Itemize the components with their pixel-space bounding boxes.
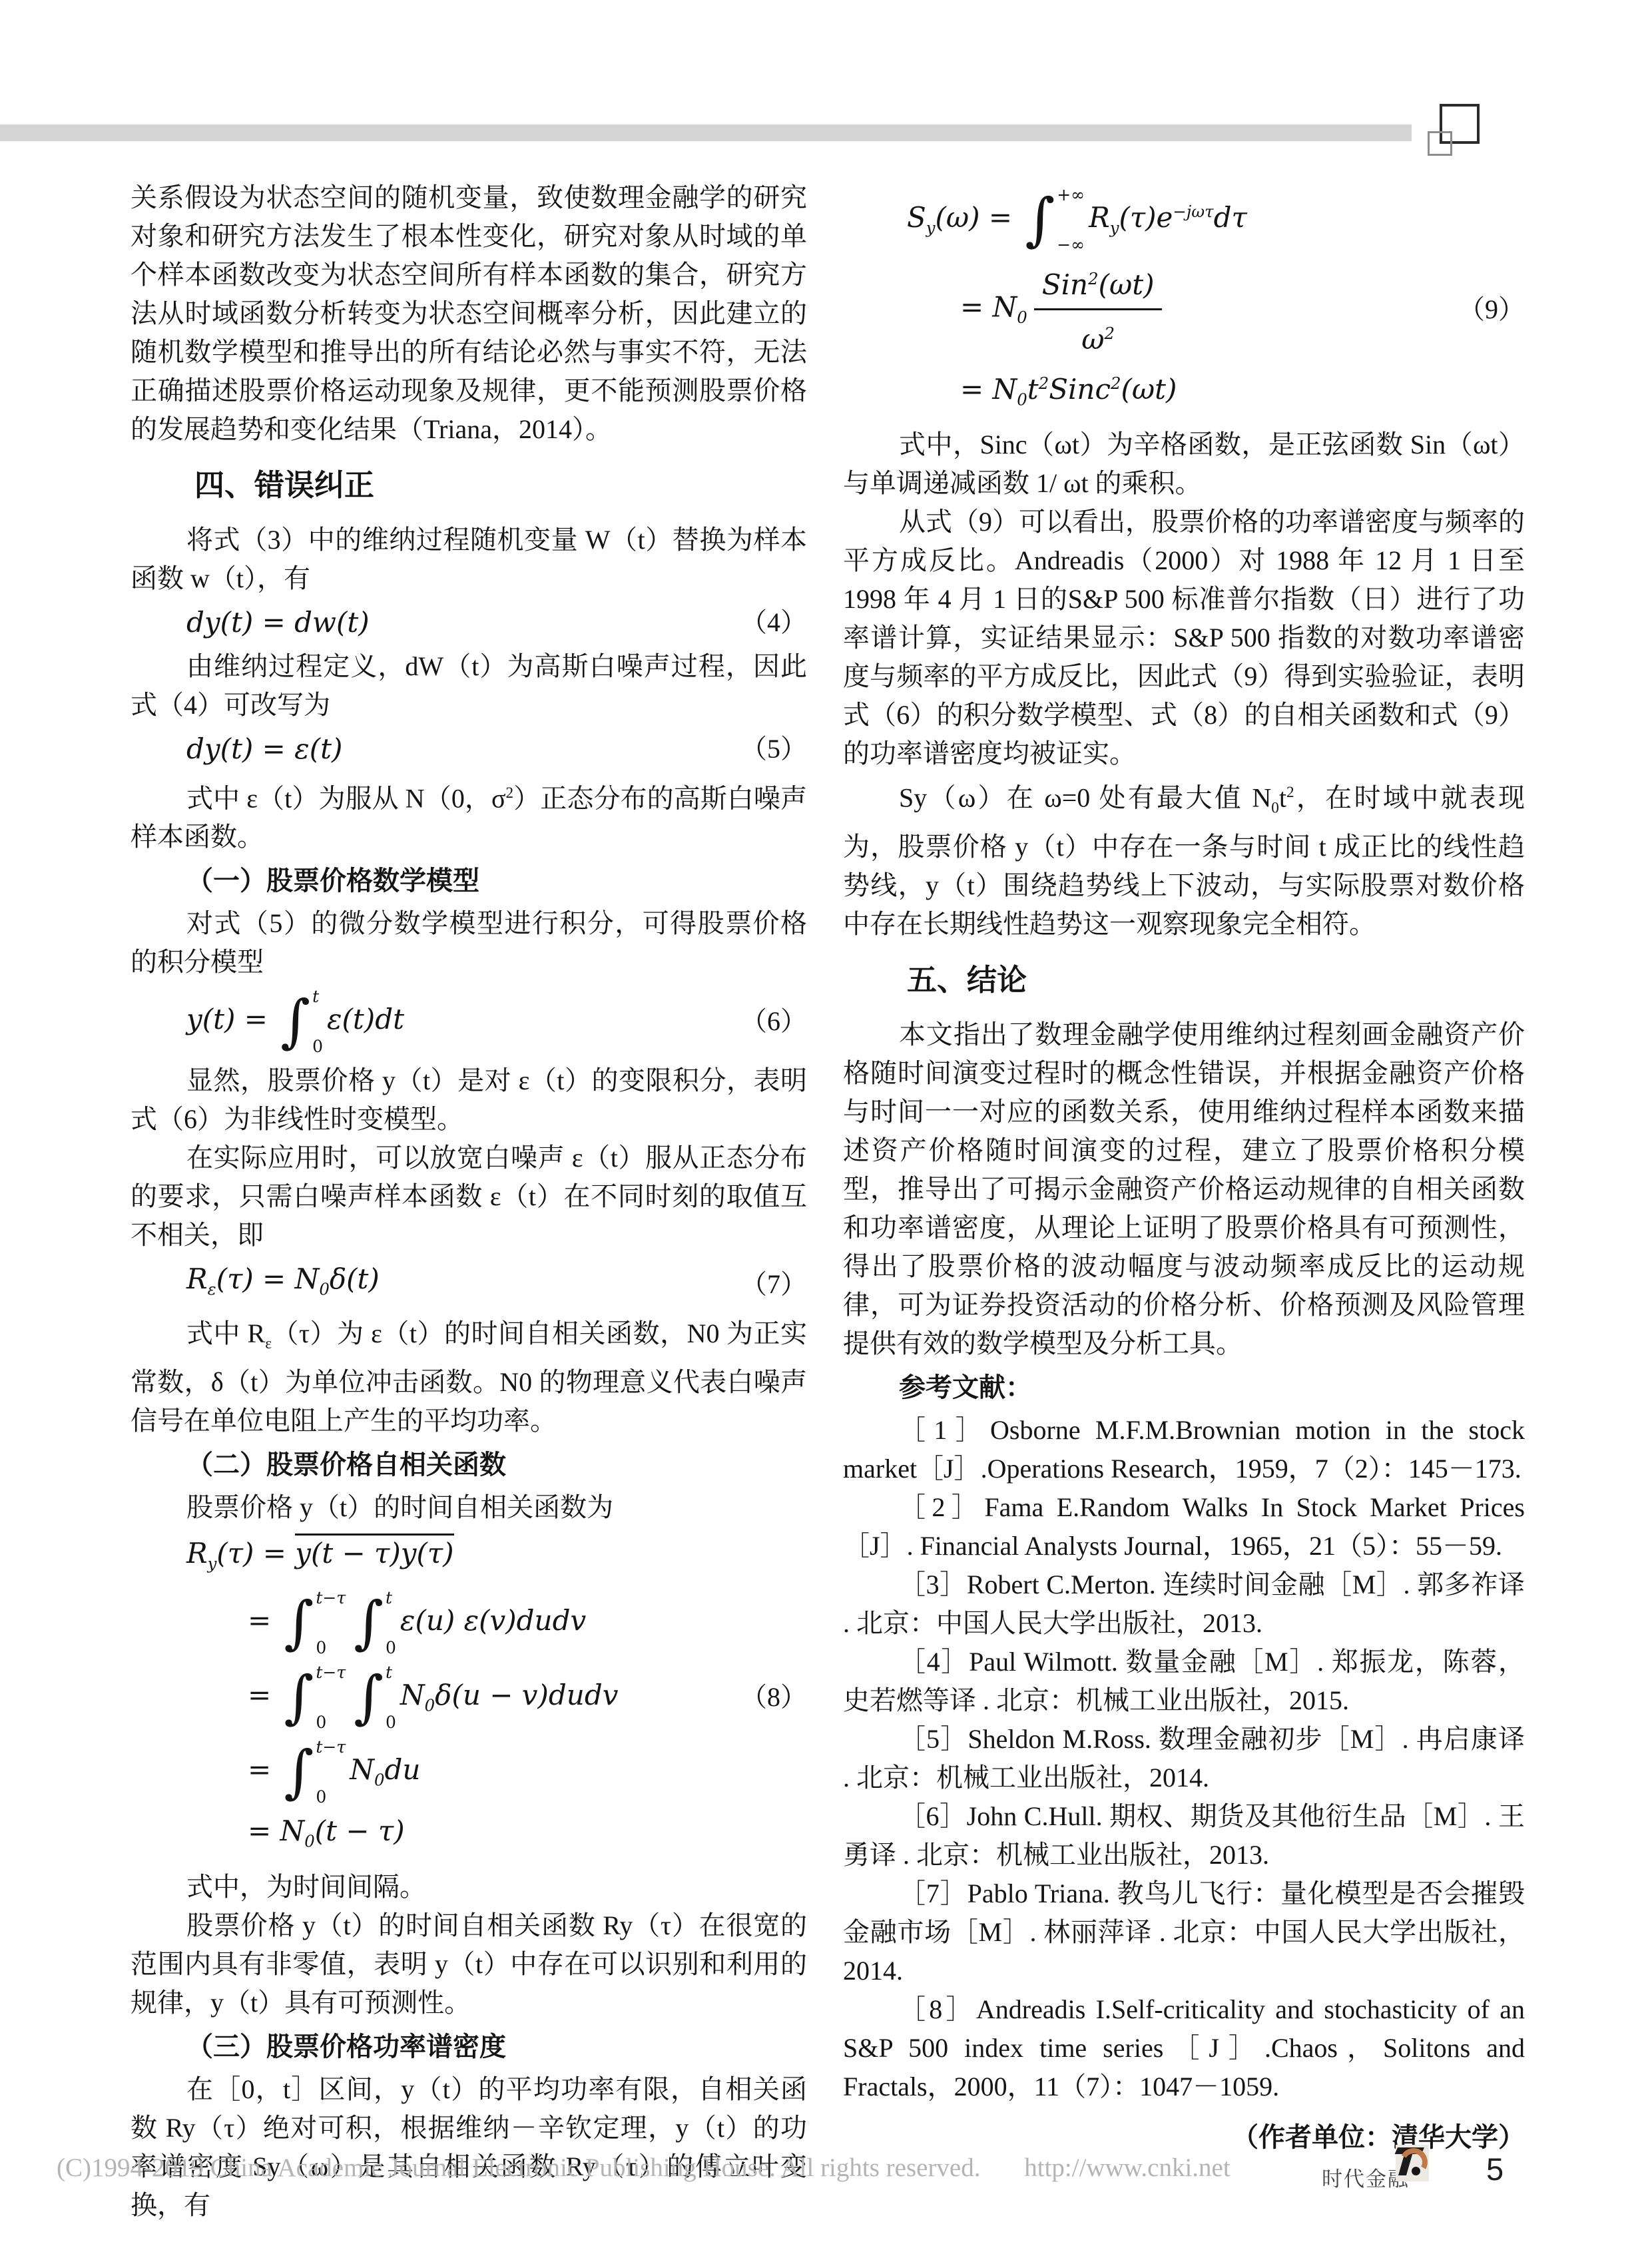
reference-item: ［1］Osborne M.F.M.Brownian motion in the …	[843, 1411, 1525, 1488]
equation-8-line3: = ∫t−τ0∫t0N0δ(u − v)dudv	[131, 1663, 618, 1732]
subsection-heading-psd: （三）股票价格功率谱密度	[131, 2028, 807, 2066]
reference-item: ［5］Sheldon M.Ross. 数理金融初步［M］. 冉启康译 . 北京：…	[843, 1720, 1525, 1797]
paragraph-auto: 股票价格 y（t）的时间自相关函数为	[131, 1488, 807, 1527]
paragraph-psd: 在［0，t］区间，y（t）的平均功率有限，自相关函数 Ry（τ）绝对可积，根据维…	[131, 2070, 807, 2225]
equation-7: Rε(τ) = N0δ(t) （7）	[131, 1260, 807, 1308]
footer-url: http://www.cnki.net	[1024, 2153, 1230, 2182]
paragraph-sinc: 式中，Sinc（ωt）为辛格函数，是正弦函数 Sin（ωt）与单调递减函数 1/…	[843, 425, 1525, 503]
equation-4: dy(t) = dw(t) （4）	[131, 603, 807, 642]
paragraph-sp500: 从式（9）可以看出，股票价格的功率谱密度与频率的平方成反比。Andreadis（…	[843, 503, 1525, 773]
equation-7-number: （7）	[740, 1265, 807, 1304]
paragraph-interval: 式中，为时间间隔。	[131, 1868, 807, 1906]
footer-copyright: (C)1994-2019 China Academic Journal Elec…	[57, 2153, 981, 2182]
equation-7-body: Rε(τ) = N0δ(t)	[131, 1260, 380, 1308]
equation-8-number: （8）	[740, 1678, 807, 1717]
reference-item: ［2］Fama E.Random Walks In Stock Market P…	[843, 1488, 1525, 1565]
equation-8-line4: = ∫t−τ0N0du	[131, 1737, 420, 1807]
section-heading-conclusion: 五、结论	[843, 961, 1525, 999]
overlapping-squares-icon-small	[1428, 131, 1452, 156]
page-number: 5	[1486, 2151, 1504, 2187]
equation-6-body: y(t) = ∫t0ε(t)dt	[131, 987, 404, 1056]
reference-item: ［8］Andreadis I.Self-criticality and stoc…	[843, 1990, 1525, 2106]
section-heading-correction: 四、错误纠正	[131, 466, 807, 505]
footer-copyright-line: (C)1994-2019 China Academic Journal Elec…	[57, 2153, 1231, 2183]
paragraph-epsilon: 式中 ε（t）为服从 N（0，σ2）正态分布的高斯白噪声样本函数。	[131, 774, 807, 856]
equation-9: Sy(ω) = ∫+∞−∞Ry(τ)e−jωτdτ = N0Sin2(ωt)ω2…	[843, 185, 1525, 419]
equation-4-body: dy(t) = dw(t)	[131, 603, 370, 642]
header-gray-bar	[0, 125, 1412, 141]
journal-logo-icon	[1396, 2145, 1429, 2181]
paragraph-obvious: 显然，股票价格 y（t）是对 ε（t）的变限积分，表明式（6）为非线性时变模型。	[131, 1061, 807, 1139]
paragraph-nonzero: 股票价格 y（t）的时间自相关函数 Ry（τ）在很宽的范围内具有非零值，表明 y…	[131, 1906, 807, 2022]
equation-9-line3: = N0t2Sinc2(ωt)	[843, 364, 1177, 419]
paragraph-replace: 将式（3）中的维纳过程随机变量 W（t）替换为样本函数 w（t），有	[131, 521, 807, 598]
reference-item: ［6］John C.Hull. 期权、期货及其他衍生品［M］. 王勇译 . 北京…	[843, 1797, 1525, 1874]
equation-5-body: dy(t) = ε(t)	[131, 730, 342, 768]
equation-8: Ry(τ) = y(t − τ)y(τ) = ∫t−τ0∫t0ε(u) ε(v)…	[131, 1534, 807, 1861]
subsection-heading-autocorrelation: （二）股票价格自相关函数	[131, 1446, 807, 1484]
paragraph-conclusion: 本文指出了数理金融学使用维纳过程刻画金融资产价格随时间演变过程时的概念性错误，并…	[843, 1015, 1525, 1363]
left-column: 关系假设为状态空间的随机变量，致使数理金融学的研究对象和研究方法发生了根本性变化…	[131, 178, 807, 2225]
equation-6-number: （6）	[740, 1002, 807, 1041]
right-column: Sy(ω) = ∫+∞−∞Ry(τ)e−jωτdτ = N0Sin2(ωt)ω2…	[843, 178, 1525, 2157]
subsection-heading-math-model: （一）股票价格数学模型	[131, 862, 807, 900]
reference-item: ［4］Paul Wilmott. 数量金融［M］. 郑振龙，陈蓉，史若燃等译 .…	[843, 1643, 1525, 1720]
equation-9-line1: Sy(ω) = ∫+∞−∞Ry(τ)e−jωτdτ	[843, 185, 1247, 254]
paragraph-practice: 在实际应用时，可以放宽白噪声 ε（t）服从正态分布的要求，只需白噪声样本函数 ε…	[131, 1139, 807, 1255]
equation-6: y(t) = ∫t0ε(t)dt （6）	[131, 987, 807, 1056]
subsection-heading-references: 参考文献：	[843, 1368, 1525, 1407]
paragraph-integrate: 对式（5）的微分数学模型进行积分，可得股票价格的积分模型	[131, 904, 807, 981]
reference-item: ［7］Pablo Triana. 教鸟儿飞行：量化模型是否会摧毁金融市场［M］.…	[843, 1874, 1525, 1990]
equation-9-line2: = N0Sin2(ωt)ω2	[843, 260, 1169, 359]
paragraph-autocorr-def: 式中 Rε（τ）为 ε（t）的时间自相关函数，N0 为正实常数，δ（t）为单位冲…	[131, 1314, 807, 1440]
reference-item: ［3］Robert C.Merton. 连续时间金融［M］. 郭多祚译 . 北京…	[843, 1565, 1525, 1643]
equation-4-number: （4）	[740, 603, 807, 642]
equation-8-line1: Ry(τ) = y(t − τ)y(τ)	[131, 1534, 454, 1583]
equation-8-line2: = ∫t−τ0∫t0ε(u) ε(v)dudv	[131, 1588, 586, 1657]
journal-page: { "document": {"type": "academic-journal…	[0, 0, 1652, 2242]
equation-5: dy(t) = ε(t) （5）	[131, 730, 807, 768]
equation-5-number: （5）	[740, 730, 807, 768]
equation-9-number: （9）	[1458, 290, 1525, 329]
paragraph-wiener: 由维纳过程定义，dW（t）为高斯白噪声过程，因此式（4）可改写为	[131, 647, 807, 724]
journal-logo-dot	[1412, 2167, 1420, 2175]
equation-8-line5: = N0(t − τ)	[131, 1812, 405, 1860]
paragraph-max-value: Sy（ω）在 ω=0 处有最大值 N0t2，在时域中就表现为，股票价格 y（t）…	[843, 773, 1525, 943]
paragraph-intro: 关系假设为状态空间的随机变量，致使数理金融学的研究对象和研究方法发生了根本性变化…	[131, 178, 807, 449]
